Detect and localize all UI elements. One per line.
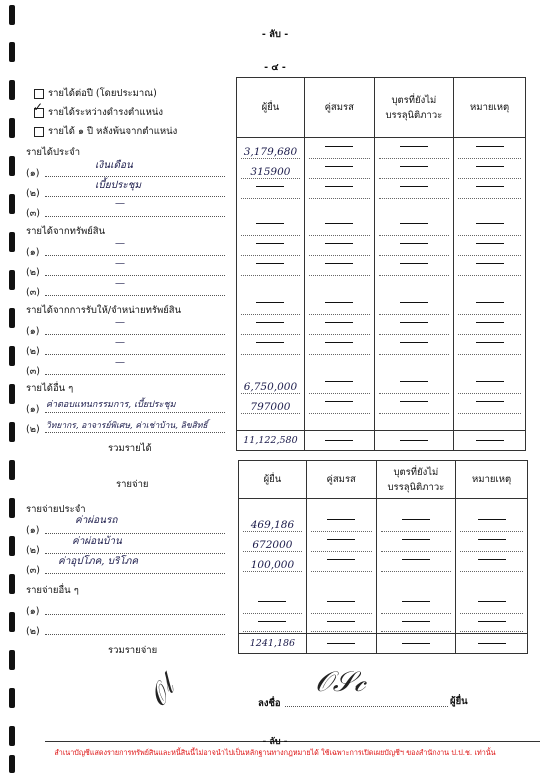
row-number: (๒) xyxy=(26,344,40,359)
income-total-note xyxy=(454,431,526,451)
binder-mark xyxy=(9,42,15,62)
expense-desc: ค่าผ่อนรถ xyxy=(75,513,117,528)
row-number: (๑) xyxy=(26,245,39,260)
binder-mark xyxy=(9,422,15,442)
expense-value: 672000 xyxy=(243,539,302,552)
income-spouse-col xyxy=(304,138,374,431)
income-value: 3,179,680 xyxy=(241,146,300,159)
income-value xyxy=(241,263,300,276)
binder-mark xyxy=(9,650,15,670)
binder-mark xyxy=(9,308,15,328)
dotted-line xyxy=(45,275,225,276)
col-minor: บุตรที่ยังไม่บรรลุนิติภาวะ xyxy=(376,461,456,499)
dotted-line xyxy=(45,176,225,177)
dotted-line xyxy=(45,196,225,197)
dotted-line xyxy=(45,634,225,635)
binder-mark xyxy=(9,80,15,100)
expense-spouse-col xyxy=(306,499,376,634)
income-desc: ค่าตอบแทนกรรมการ, เบี้ยประชุม xyxy=(46,397,176,411)
income-value xyxy=(241,223,300,236)
income-minor-col xyxy=(374,138,454,431)
income-total-minor xyxy=(374,431,454,451)
option-label: รายได้ต่อปี (โดยประมาณ) xyxy=(48,86,157,101)
binder-mark xyxy=(9,574,15,594)
option-label: รายได้ ๑ ปี หลังพ้นจากตำแหน่ง xyxy=(48,124,177,139)
dotted-line xyxy=(45,216,225,217)
income-value xyxy=(241,243,300,256)
checkbox[interactable] xyxy=(34,127,44,137)
income-table: ผู้ยื่น คู่สมรส บุตรที่ยังไม่บรรลุนิติภา… xyxy=(236,77,526,451)
expense-total-minor xyxy=(376,634,456,654)
expense-section-label: รายจ่าย xyxy=(116,477,148,492)
expense-note-col xyxy=(456,499,528,634)
col-declarant: ผู้ยื่น xyxy=(239,461,307,499)
dotted-line xyxy=(45,412,225,413)
income-total-label: รวมรายได้ xyxy=(108,441,152,456)
expense-value: 100,000 xyxy=(243,559,302,572)
binder-mark xyxy=(9,384,15,404)
binder-mark xyxy=(9,346,15,366)
binder-mark xyxy=(9,688,15,708)
dotted-line xyxy=(45,432,225,433)
expense-value: 469,186 xyxy=(243,519,302,532)
binder-mark xyxy=(9,118,15,138)
col-note: หมายเหตุ xyxy=(456,461,528,499)
dotted-line xyxy=(45,374,225,375)
income-desc: เบี้ยประชุม xyxy=(95,178,141,193)
declarant-signature: 𝒪𝒮𝒸 xyxy=(315,665,366,699)
row-number: (๒) xyxy=(26,543,40,558)
row-number: (๑) xyxy=(26,604,39,619)
row-number: (๑) xyxy=(26,402,39,417)
dotted-line xyxy=(45,295,225,296)
income-transfer-title: รายได้จากการรับให้/จำหน่ายทรัพย์สิน xyxy=(26,303,181,318)
page-number: - ๔ - xyxy=(0,60,550,75)
income-desc: — xyxy=(115,238,125,249)
income-desc: — xyxy=(115,357,125,368)
income-value: 797000 xyxy=(241,401,300,414)
income-desc: วิทยากร, อาจารย์พิเศษ, ค่าเช่าบ้าน, ลิขส… xyxy=(46,418,208,432)
expense-total-label: รวมรายจ่าย xyxy=(108,643,157,658)
expense-minor-col xyxy=(376,499,456,634)
binder-mark xyxy=(9,498,15,518)
row-number: (๑) xyxy=(26,166,39,181)
row-number: (๒) xyxy=(26,265,40,280)
expense-desc: ค่าผ่อนบ้าน xyxy=(72,534,122,549)
income-desc: — xyxy=(115,198,125,209)
row-number: (๑) xyxy=(26,324,39,339)
row-number: (๒) xyxy=(26,624,40,639)
dotted-line xyxy=(45,614,225,615)
income-value xyxy=(241,302,300,315)
dotted-line xyxy=(45,354,225,355)
binder-mark xyxy=(9,460,15,480)
row-number: (๒) xyxy=(26,186,40,201)
income-desc: — xyxy=(115,258,125,269)
income-value xyxy=(241,342,300,355)
col-minor: บุตรที่ยังไม่บรรลุนิติภาวะ xyxy=(374,78,454,138)
income-value: 6,750,000 xyxy=(241,381,300,394)
binder-mark xyxy=(9,232,15,252)
income-property-title: รายได้จากทรัพย์สิน xyxy=(26,224,105,239)
row-number: (๓) xyxy=(26,206,40,221)
income-total-spouse xyxy=(304,431,374,451)
binder-mark xyxy=(9,5,15,25)
income-desc: เงินเดือน xyxy=(95,158,133,173)
income-desc: — xyxy=(115,278,125,289)
row-number: (๒) xyxy=(26,422,40,437)
expense-total-row: 1241,186 xyxy=(239,634,528,654)
income-note-col xyxy=(454,138,526,431)
binder-mark xyxy=(9,194,15,214)
binder-mark xyxy=(9,536,15,556)
col-spouse: คู่สมรส xyxy=(304,78,374,138)
binder-mark xyxy=(9,270,15,290)
row-number: (๓) xyxy=(26,563,40,578)
checkbox[interactable] xyxy=(34,89,44,99)
expense-total-note xyxy=(456,634,528,654)
initials-signature: 𝒪𝓁 xyxy=(143,674,183,712)
binder-mark xyxy=(9,612,15,632)
row-number: (๑) xyxy=(26,523,39,538)
row-number: (๓) xyxy=(26,285,40,300)
expense-declarant-col: 469,186 672000 100,000 xyxy=(239,499,307,634)
income-value xyxy=(241,186,300,199)
income-regular-title: รายได้ประจำ xyxy=(26,145,80,160)
expense-table: ผู้ยื่น คู่สมรส บุตรที่ยังไม่บรรลุนิติภา… xyxy=(238,460,528,654)
col-note: หมายเหตุ xyxy=(454,78,526,138)
income-desc: — xyxy=(115,337,125,348)
confidential-header: - ลับ - xyxy=(0,27,550,42)
expense-other-title: รายจ่ายอื่น ๆ xyxy=(26,583,79,598)
col-spouse: คู่สมรส xyxy=(306,461,376,499)
income-value: 315900 xyxy=(241,166,300,179)
signer-role: ผู้ยื่น xyxy=(450,694,468,709)
confidential-footer: - ลับ - xyxy=(0,734,550,748)
col-declarant: ผู้ยื่น xyxy=(237,78,305,138)
income-other-title: รายได้อื่น ๆ xyxy=(26,381,73,396)
sign-label: ลงชื่อ xyxy=(258,696,281,711)
expense-desc: ค่าอุปโภค, บริโภค xyxy=(58,554,138,569)
disclaimer: สำเนาบัญชีแสดงรายการทรัพย์สินและหนี้สินน… xyxy=(0,748,550,759)
row-number: (๓) xyxy=(26,364,40,379)
expense-total-declarant: 1241,186 xyxy=(239,634,307,654)
income-total-declarant: 11,122,580 xyxy=(237,431,305,451)
income-total-row: 11,122,580 xyxy=(237,431,526,451)
checkmark-icon: ✓ xyxy=(33,100,43,114)
dotted-line xyxy=(45,334,225,335)
option-label: รายได้ระหว่างดำรงตำแหน่ง xyxy=(48,105,163,120)
signature-line xyxy=(285,706,448,707)
income-desc: — xyxy=(115,317,125,328)
expense-total-spouse xyxy=(306,634,376,654)
binder-mark xyxy=(9,156,15,176)
income-value xyxy=(241,322,300,335)
dotted-line xyxy=(45,573,225,574)
income-declarant-col: 3,179,680 315900 6,750,000 797000 xyxy=(237,138,305,431)
dotted-line xyxy=(45,255,225,256)
